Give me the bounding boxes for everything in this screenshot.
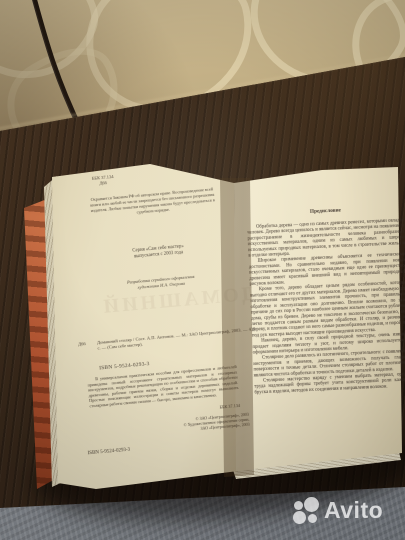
annotation-paragraph: В универсальном практическом пособии для… [87, 364, 239, 408]
bbk-classification: ББК 37.134 Д66 [77, 173, 130, 188]
avito-logo-dot-icon [304, 497, 319, 512]
avito-logo-dot-icon [293, 511, 306, 524]
bib-description: Домашний столяр / Сост. А.П. Антонов. — … [97, 326, 256, 351]
bibliographic-entry: Д66 Домашний столяр / Сост. А.П. Антонов… [78, 326, 256, 352]
isbn-number: ISBN 5-9524-0293-3 [99, 361, 150, 371]
bib-index: Д66 [78, 340, 98, 353]
avito-logo-text: Avito [324, 497, 383, 524]
foreword-body: Обработка дерева — одно из самых древних… [247, 218, 405, 396]
photo-open-book-on-table: ББК 37.134 Д66 Охраняется Законом РФ об … [0, 0, 405, 540]
foreword-paragraph: Кроме того, дерево обладает целым рядом … [250, 280, 405, 338]
foreword-heading: Предисловие [241, 204, 405, 217]
series-note: Серия «Сам себе мастер» выпускается с 20… [63, 237, 253, 266]
copyright-warning: Охраняется Законом РФ об авторском праве… [89, 186, 215, 219]
avito-watermark: Avito [286, 497, 402, 531]
avito-logo-dot-icon [294, 501, 303, 510]
isbn-bottom: ISBN 5-9524-0293-3 [87, 447, 130, 456]
right-page-content: Предисловие Обработка дерева — одно из с… [240, 174, 405, 470]
avito-logo-dot-icon [308, 514, 317, 523]
